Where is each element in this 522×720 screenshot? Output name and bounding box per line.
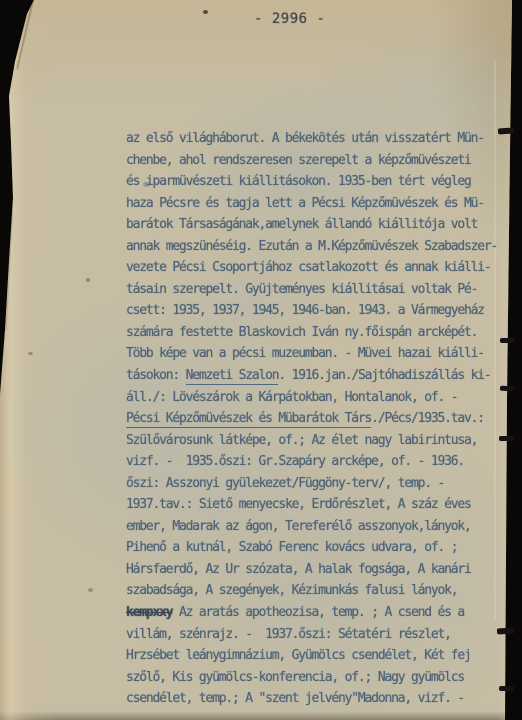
- text-segment: szőlő, Kis gyümölcs-konferencia, of.; Na…: [126, 670, 464, 685]
- text-line: tásain szerepelt. Gyüjteményes kiállitás…: [126, 279, 512, 301]
- text-line: Pihenő a kutnál, Szabó Ferenc kovács udv…: [126, 537, 512, 559]
- text-line: szőlő, Kis gyümölcs-konferencia, of.; Na…: [126, 667, 512, 689]
- edge-mark: [497, 628, 514, 635]
- text-segment: és iparmüvészeti kiállitásokon. 1935-ben…: [126, 174, 471, 189]
- text-segment: csendélet, temp.; A "szent jelvény"Madon…: [126, 691, 464, 706]
- text-line: csett: 1935, 1937, 1945, 1946-ban. 1943.…: [126, 300, 512, 322]
- text-line: chenbe, ahol rendszeresen szerepelt a ké…: [126, 150, 512, 172]
- edge-mark: [500, 386, 514, 392]
- text-line: számára festette Blaskovich Iván ny.főis…: [126, 322, 512, 344]
- paper-sheet: - 2996 - az első világháborut. A békeköt…: [0, 0, 522, 720]
- text-segment: . 1916.jan./Sajtóhadiszállás ki-: [278, 368, 490, 383]
- text-segment: 1937.tav.: Siető menyecske, Erdőrészlet,…: [126, 497, 471, 512]
- underlined-text: Nemzeti Szalon: [186, 368, 279, 385]
- text-line: Hrzsébet leánygimnázium, Gyümölcs csendé…: [126, 645, 512, 667]
- text-segment: őszi: Asszonyi gyülekezet/Függöny-terv/,…: [126, 476, 444, 491]
- text-segment: Hársfaerdő, Az Ur szózata, A halak fogsá…: [126, 562, 471, 577]
- text-line: Pécsi Képzőmüvészek és Mübarátok Társ./P…: [126, 408, 512, 430]
- page-number: - 2996 -: [254, 11, 325, 27]
- text-line: Hársfaerdő, Az Ur szózata, A halak fogsá…: [126, 559, 512, 581]
- paper-crease: [5, 210, 13, 330]
- text-segment: csett: 1935, 1937, 1945, 1946-ban. 1943.…: [126, 303, 484, 318]
- edge-mark: [499, 436, 514, 441]
- text-segment: Szülővárosunk látképe, of.; Az élet nagy…: [126, 433, 477, 448]
- text-segment: Hrzsébet leánygimnázium, Gyümölcs csendé…: [126, 648, 471, 663]
- text-segment: áll./: Lövészárok a Kárpátokban, Hontala…: [126, 390, 457, 405]
- text-segment: ./Pécs/1935.tav.:: [371, 411, 484, 426]
- paper-stain: [88, 588, 93, 592]
- paper-crease: [16, 1, 34, 70]
- text-segment: vizf. - 1935.őszi: Gr.Szapáry arcképe, o…: [126, 454, 464, 469]
- text-line: szabadsága, A szegények, Kézimunkás falu…: [126, 580, 512, 602]
- text-segment: tásain szerepelt. Gyüjteményes kiállitás…: [126, 282, 477, 297]
- scanned-page-background: { "page": { "page_number": "- 2996 -", "…: [0, 0, 522, 720]
- text-segment: villám, szénrajz. - 1937.őszi: Sétatéri …: [126, 627, 451, 642]
- edge-mark: [499, 686, 514, 691]
- text-segment: szabadsága, A szegények, Kézimunkás falu…: [126, 583, 457, 598]
- text-line: kempxxy Az aratás apotheozisa, temp. ; A…: [126, 602, 512, 624]
- text-line: tásokon: Nemzeti Szalon. 1916.jan./Sajtó…: [126, 365, 512, 387]
- text-line: csendélet, temp.; A "szent jelvény"Madon…: [126, 688, 512, 710]
- text-line: ember, Madarak az ágon, Tereferélő asszo…: [126, 516, 512, 538]
- paper-stain: [203, 10, 208, 14]
- text-segment: annak megszünéséig. Ezután a M.Képzőmüvé…: [126, 239, 497, 254]
- edge-mark: [498, 127, 514, 134]
- text-segment: az első világháborut. A békekötés után v…: [126, 131, 484, 146]
- text-segment: számára festette Blaskovich Iván ny.főis…: [126, 325, 477, 340]
- text-segment: vezete Pécsi Csoportjához csatlakozott é…: [126, 260, 490, 275]
- text-line: és iparmüvészeti kiállitásokon. 1935-ben…: [126, 171, 512, 193]
- paper-stain: [86, 278, 90, 282]
- struck-out-text: kempxxy: [126, 605, 172, 620]
- text-line: annak megszünéséig. Ezután a M.Képzőmüvé…: [126, 236, 512, 258]
- text-segment: tásokon:: [126, 368, 186, 383]
- underlined-text: Pécsi Képzőmüvészek és Mübarátok Társ: [126, 411, 371, 428]
- text-line: őszi: Asszonyi gyülekezet/Függöny-terv/,…: [126, 473, 512, 495]
- text-segment: Az aratás apotheozisa, temp. ; A csend é…: [172, 605, 464, 620]
- text-line: Több képe van a pécsi muzeumban. - Müvei…: [126, 343, 512, 365]
- text-line: az első világháborut. A békekötés után v…: [126, 128, 512, 150]
- text-line: barátok Társaságának,amelynek állandó ki…: [126, 214, 512, 236]
- edge-mark: [500, 338, 514, 343]
- text-segment: Több képe van a pécsi muzeumban. - Müvei…: [126, 346, 484, 361]
- text-segment: barátok Társaságának,amelynek állandó ki…: [126, 217, 477, 232]
- text-line: vezete Pécsi Csoportjához csatlakozott é…: [126, 257, 512, 279]
- text-segment: Pihenő a kutnál, Szabó Ferenc kovács udv…: [126, 540, 457, 555]
- text-line: haza Pécsre és tagja lett a Pécsi Képzőm…: [126, 193, 512, 215]
- text-segment: chenbe, ahol rendszeresen szerepelt a ké…: [126, 153, 471, 168]
- text-line: villám, szénrajz. - 1937.őszi: Sétatéri …: [126, 624, 512, 646]
- text-line: vizf. - 1935.őszi: Gr.Szapáry arcképe, o…: [126, 451, 512, 473]
- text-line: Szülővárosunk látképe, of.; Az élet nagy…: [126, 430, 512, 452]
- text-segment: haza Pécsre és tagja lett a Pécsi Képzőm…: [126, 196, 484, 211]
- paper-stain: [28, 352, 33, 355]
- body-text: az első világháborut. A békekötés után v…: [126, 128, 512, 710]
- text-segment: ember, Madarak az ágon, Tereferélő asszo…: [126, 519, 471, 534]
- paper-crease: [13, 3, 30, 68]
- text-line: áll./: Lövészárok a Kárpátokban, Hontala…: [126, 387, 512, 409]
- text-line: 1937.tav.: Siető menyecske, Erdőrészlet,…: [126, 494, 512, 516]
